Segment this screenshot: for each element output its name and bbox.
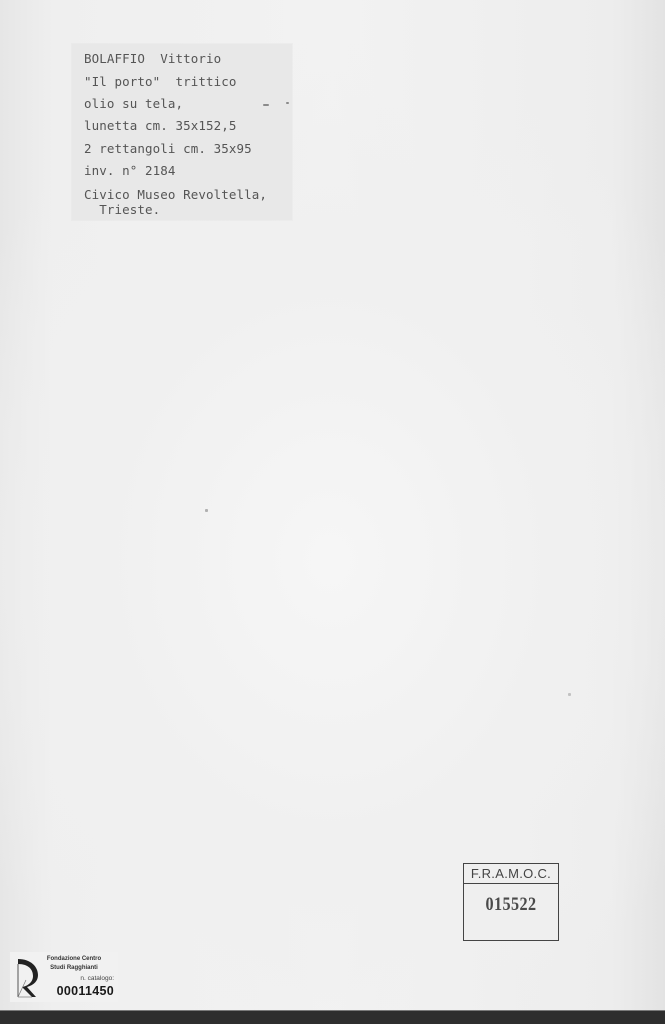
typewritten-label: BOLAFFIO Vittorio "Il porto" trittico ol… [72, 44, 292, 220]
fondazione-ragghianti-r-logo-icon [15, 956, 39, 1000]
stamp-number: 015522 [471, 894, 551, 916]
label-line-rectangles-size: 2 rettangoli cm. 35x95 [84, 141, 252, 156]
label-line-medium: olio su tela, [84, 96, 183, 111]
scanner-bottom-edge [0, 1010, 665, 1024]
label-line-city: Trieste. [84, 202, 160, 217]
org-name-line-2: Studi Ragghianti [34, 965, 114, 971]
catalog-number: 00011450 [57, 984, 114, 998]
label-line-museum: Civico Museo Revoltella, [84, 187, 267, 202]
label-line-title: "Il porto" trittico [84, 74, 237, 89]
stamp-header: F.R.A.M.O.C. [464, 864, 558, 884]
label-line-artist: BOLAFFIO Vittorio [84, 51, 221, 66]
label-line-lunette-size: lunetta cm. 35x152,5 [84, 118, 237, 133]
label-line-inventory: inv. n° 2184 [84, 163, 176, 178]
dust-speck [568, 693, 571, 696]
catalog-label: Fondazione Centro Studi Ragghianti n. ca… [10, 952, 118, 1002]
dust-speck [205, 509, 208, 512]
framoc-stamp: F.R.A.M.O.C. 015522 [463, 863, 559, 941]
ink-speck [263, 104, 269, 106]
catalog-caption: n. catalogo: [80, 975, 114, 982]
ink-speck [286, 102, 289, 104]
org-name-line-1: Fondazione Centro [34, 956, 114, 962]
